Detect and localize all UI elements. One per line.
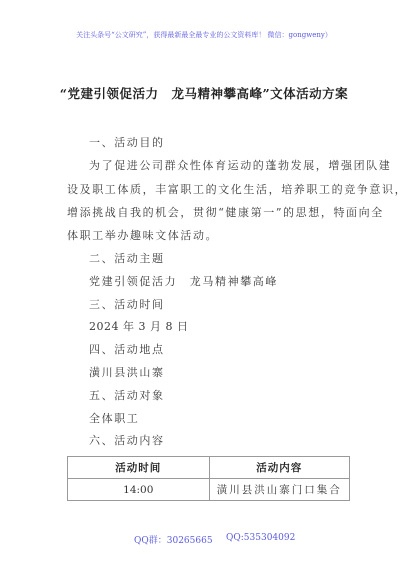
header-promo-note: 关注头条号“公文研究”，获得最新最全最专业的公文资料库！ 微信：gongweny… xyxy=(0,30,408,40)
theme-text: 党建引领促活力 龙马精神攀高峰 xyxy=(89,273,278,289)
table-header-content: 活动内容 xyxy=(209,457,349,479)
purpose-line-1: 为了促进公司群众性体育运动的蓬勃发展，增强团队建 xyxy=(89,157,391,173)
section-heading-content: 六、活动内容 xyxy=(89,432,165,448)
footer-qq-group: QQ群：30265665 xyxy=(134,533,213,546)
table-cell-content: 潢川县洪山寨门口集合 xyxy=(209,479,349,501)
purpose-line-4: 体职工举办趣味文体活动。 xyxy=(67,227,218,243)
table-cell-time: 14:00 xyxy=(68,479,210,501)
location-text: 潢川县洪山寨 xyxy=(89,364,165,380)
table-row: 14:00 潢川县洪山寨门口集合 xyxy=(68,479,350,501)
section-heading-audience: 五、活动对象 xyxy=(89,387,165,403)
section-heading-time: 三、活动时间 xyxy=(89,296,165,312)
purpose-line-3: 增添挑战自我的机会，贯彻“健康第一”的思想，特面向全 xyxy=(67,204,384,220)
document-page: 关注头条号“公文研究”，获得最新最全最专业的公文资料库！ 微信：gongweny… xyxy=(0,0,408,580)
table-header-time: 活动时间 xyxy=(68,457,210,479)
audience-text: 全体职工 xyxy=(89,410,139,426)
section-heading-purpose: 一、活动目的 xyxy=(89,134,165,150)
section-heading-theme: 二、活动主题 xyxy=(89,250,165,266)
activity-schedule-table: 活动时间 活动内容 14:00 潢川县洪山寨门口集合 xyxy=(67,456,350,501)
purpose-line-2: 设及职工体质，丰富职工的文化生活，培养职工的竞争意识， xyxy=(67,181,407,197)
footer-qq: QQ:535304092 xyxy=(226,533,295,543)
table-header-row: 活动时间 活动内容 xyxy=(68,457,350,479)
document-title: “党建引领促活力 龙马精神攀高峰”文体活动方案 xyxy=(0,84,408,102)
date-text: 2024 年 3 月 8 日 xyxy=(89,318,188,334)
section-heading-location: 四、活动地点 xyxy=(89,341,165,357)
